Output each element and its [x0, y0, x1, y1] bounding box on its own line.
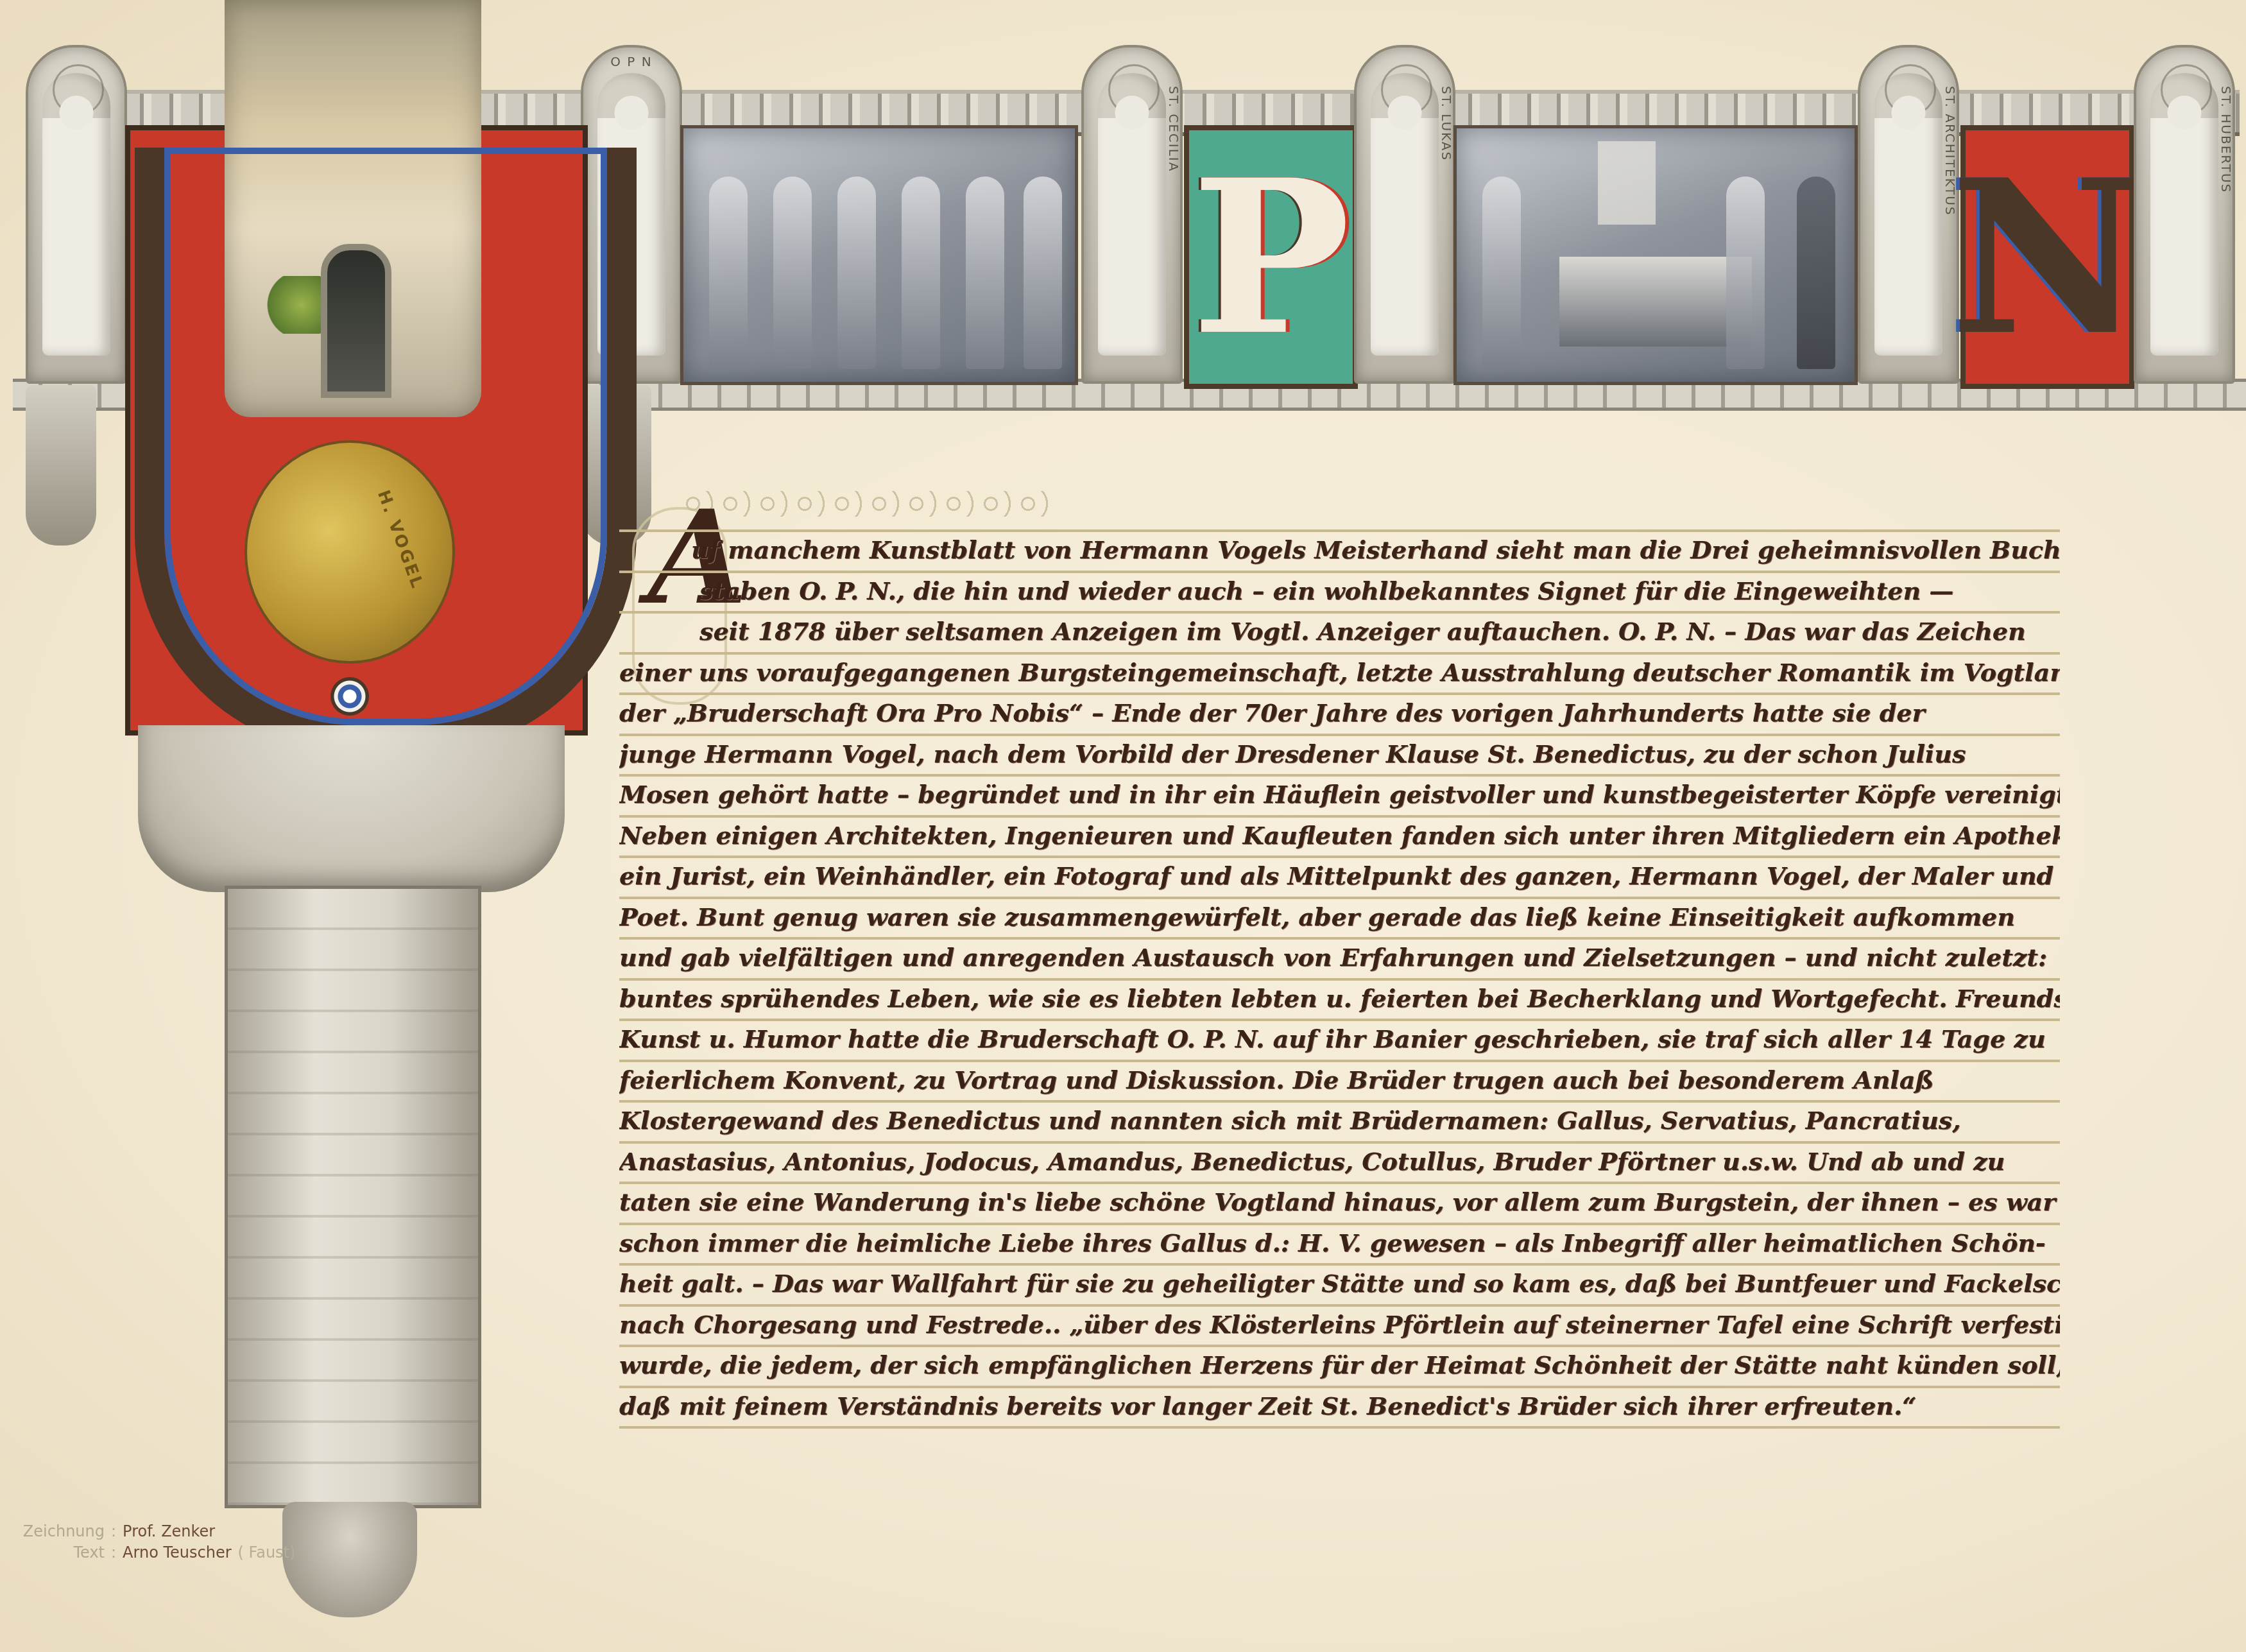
text-line: Anastasius, Antonius, Jodocus, Amandus, …: [619, 1144, 2060, 1185]
text-line: staben O. P. N., die hin und wieder auch…: [619, 573, 2060, 614]
table-shape: [1559, 257, 1752, 347]
text-line: junge Hermann Vogel, nach dem Vorbild de…: [619, 736, 2060, 777]
text-line: einer uns voraufgegangenen Burgsteingeme…: [619, 655, 2060, 696]
portrait-medallion: [247, 443, 452, 661]
credit-text: Text : Arno Teuscher ( Faust): [12, 1542, 295, 1563]
paper-sheet: O P N ST. CECILIA P ST. LUKAS ST. ARCHIT…: [0, 0, 2246, 1652]
text-line: Neben einigen Architekten, Ingenieuren u…: [619, 818, 2060, 859]
carved-column-shaft: [225, 886, 481, 1508]
architect-figure: [1874, 73, 1942, 356]
text-line: taten sie eine Wanderung in's liebe schö…: [619, 1184, 2060, 1225]
monk-silhouette: [1482, 176, 1521, 369]
credit-separator: :: [111, 1521, 116, 1542]
text-line: Poet. Bunt genug waren sie zusammengewür…: [619, 899, 2060, 940]
monk-silhouette: [837, 176, 876, 369]
text-line: feierlichem Konvent, zu Vortrag und Disk…: [619, 1062, 2060, 1103]
niche-lukas: ST. LUKAS: [1354, 45, 1455, 384]
hubertus-figure: [2150, 73, 2218, 356]
calligraphy-text-block: uf manchem Kunstblatt von Hermann Vogels…: [619, 529, 2060, 1429]
monk-silhouette: [709, 176, 748, 369]
eagle-bracket-left: [26, 385, 96, 546]
credit-drawing-label: Zeichnung: [12, 1521, 105, 1542]
monk-silhouette: [1797, 176, 1835, 369]
credits: Zeichnung : Prof. Zenker Text : Arno Teu…: [12, 1521, 295, 1563]
monk-silhouette: [1726, 176, 1765, 369]
initial-N-letter: N: [1951, 151, 2145, 363]
column-base-eagle: [282, 1502, 417, 1617]
text-line: ein Jurist, ein Weinhändler, ein Fotogra…: [619, 858, 2060, 899]
niche-cecilia: ST. CECILIA: [1081, 45, 1183, 384]
jewel-ornament-icon: [330, 677, 369, 716]
text-line: nach Chorgesang und Festrede.. „über des…: [619, 1307, 2060, 1348]
text-line: uf manchem Kunstblatt von Hermann Vogels…: [619, 529, 2060, 573]
credit-separator: :: [111, 1542, 116, 1563]
text-line: heit galt. – Das war Wallfahrt für sie z…: [619, 1266, 2060, 1307]
credit-text-value: Arno Teuscher: [123, 1542, 232, 1563]
panel-tavern: [1453, 125, 1858, 385]
monk-silhouette: [1024, 176, 1062, 369]
column-capital: [138, 725, 565, 892]
initial-P-box: P: [1184, 125, 1358, 389]
niche-architect: ST. ARCHITEKTUS: [1858, 45, 1959, 384]
madonna-figure: [42, 73, 110, 356]
niche-hubertus-label: ST. HUBERTUS: [2218, 86, 2234, 193]
text-line: Mosen gehört hatte – begründet und in ih…: [619, 777, 2060, 818]
text-line: Klostergewand des Benedictus und nannten…: [619, 1103, 2060, 1144]
text-line: daß mit feinem Verständnis bereits vor l…: [619, 1388, 2060, 1429]
text-line: Kunst u. Humor hatte die Bruderschaft O.…: [619, 1021, 2060, 1062]
monk-silhouette: [966, 176, 1004, 369]
monk-silhouette: [773, 176, 812, 369]
monk-silhouette: [902, 176, 940, 369]
text-line: buntes sprühendes Leben, wie sie es lieb…: [619, 981, 2060, 1022]
window-shape: [1598, 141, 1656, 225]
credit-drawing: Zeichnung : Prof. Zenker: [12, 1521, 295, 1542]
lukas-figure: [1371, 73, 1439, 356]
text-line: seit 1878 über seltsamen Anzeigen im Vog…: [619, 614, 2060, 655]
niche-lukas-label: ST. LUKAS: [1439, 86, 1454, 161]
niche-cecilia-label: ST. CECILIA: [1166, 86, 1181, 172]
cecilia-figure: [1098, 73, 1166, 356]
initial-N-box: N: [1960, 125, 2134, 389]
text-line: wurde, die jedem, der sich empfänglichen…: [619, 1347, 2060, 1388]
credit-text-label: Text: [12, 1542, 105, 1563]
niche-hubertus: ST. HUBERTUS: [2134, 45, 2235, 384]
panel-procession: [680, 125, 1078, 385]
text-line: der „Bruderschaft Ora Pro Nobis“ – Ende …: [619, 695, 2060, 736]
credit-text-note: ( Faust): [238, 1542, 296, 1563]
niche-madonna: [26, 45, 127, 384]
credit-drawing-value: Prof. Zenker: [123, 1521, 215, 1542]
initial-P-letter: P: [1191, 151, 1350, 363]
niche-monk-label: O P N: [610, 54, 652, 69]
text-line: und gab vielfältigen und anregenden Aust…: [619, 940, 2060, 981]
text-line: schon immer die heimliche Liebe ihres Ga…: [619, 1225, 2060, 1266]
